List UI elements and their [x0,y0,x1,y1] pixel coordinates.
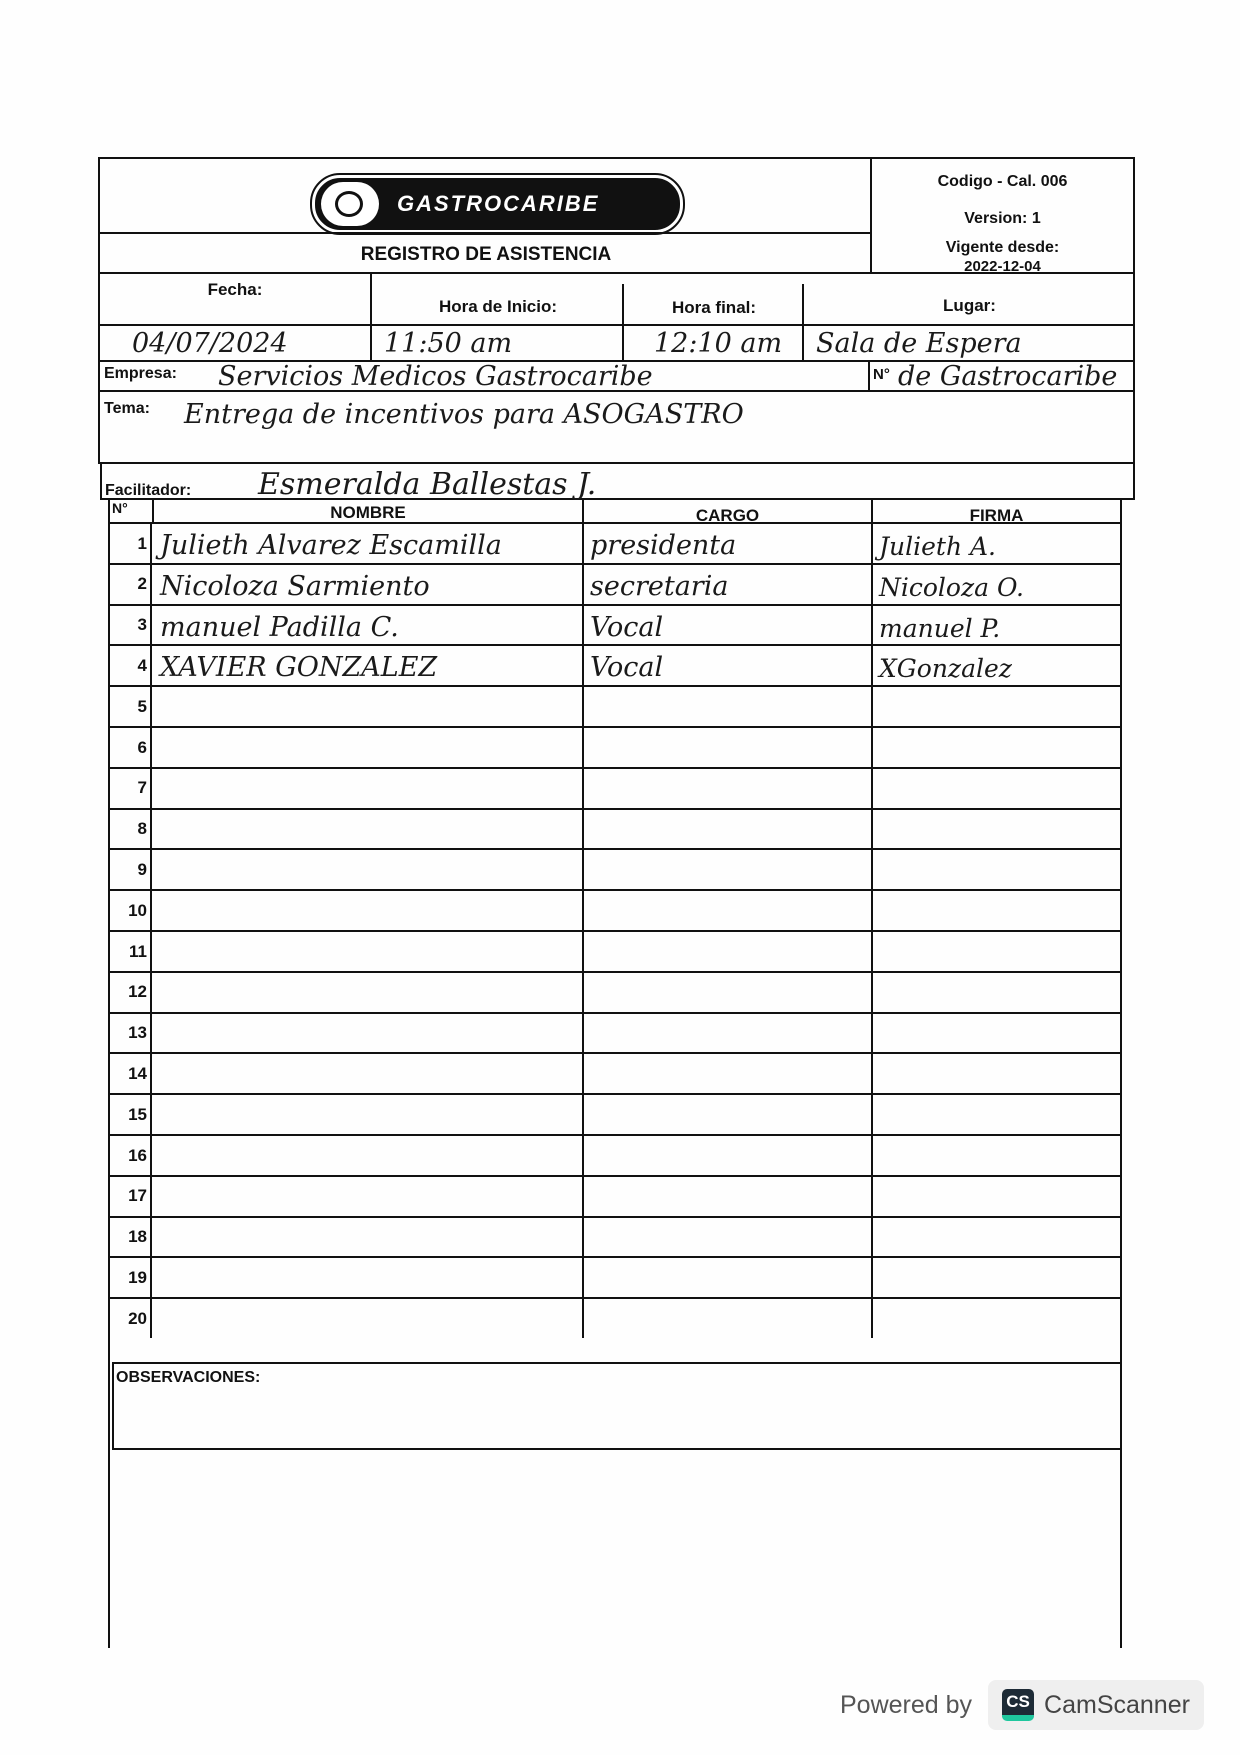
fecha-value: 04/07/2024 [132,328,288,359]
nombre-cell[interactable] [154,1095,584,1134]
cargo-cell[interactable] [584,769,873,808]
firma-cell[interactable] [873,891,1120,930]
table-row: 4XAVIER GONZALEZVocalXGonzalez [110,644,1120,685]
facilitador-value: Esmeralda Ballestas J. [258,467,596,502]
firma-value: manuel P. [879,614,1000,643]
nombre-cell[interactable] [154,1054,584,1093]
facilitador-row [100,462,1135,500]
row-number: 17 [110,1177,152,1216]
cargo-cell[interactable] [584,687,873,726]
table-row: 10 [110,889,1120,930]
nombre-cell[interactable]: XAVIER GONZALEZ [154,646,584,685]
firma-cell[interactable] [873,810,1120,849]
table-row: 1Julieth Alvarez EscamillapresidentaJuli… [110,522,1120,563]
nombre-cell[interactable] [154,687,584,726]
table-row: 20 [110,1297,1120,1338]
table-header: N° NOMBRE CARGO FIRMA [110,498,1120,522]
firma-cell[interactable] [873,1299,1120,1338]
table-row: 15 [110,1093,1120,1134]
camscanner-badge: CS CamScanner [988,1680,1204,1730]
cargo-cell[interactable] [584,891,873,930]
cargo-value: Vocal [590,652,663,683]
cargo-cell[interactable]: Vocal [584,606,873,645]
row-number: 15 [110,1095,152,1134]
table-row: 17 [110,1175,1120,1216]
firma-cell[interactable] [873,687,1120,726]
table-row: 9 [110,848,1120,889]
row-number: 6 [110,728,152,767]
row-number: 1 [110,524,152,563]
row-number: 14 [110,1054,152,1093]
firma-cell[interactable]: Nicoloza O. [873,565,1120,604]
hora-final-value: 12:10 am [654,328,782,359]
firma-cell[interactable] [873,932,1120,971]
hora-inicio-value: 11:50 am [384,328,512,359]
cargo-cell[interactable] [584,1136,873,1175]
nombre-value: Nicoloza Sarmiento [160,571,430,602]
row-number: 20 [110,1299,152,1338]
table-row: 3manuel Padilla C.Vocalmanuel P. [110,604,1120,645]
firma-cell[interactable] [873,1014,1120,1053]
nombre-cell[interactable]: Nicoloza Sarmiento [154,565,584,604]
firma-cell[interactable]: Julieth A. [873,524,1120,563]
cargo-value: secretaria [590,571,728,602]
camscanner-icon: CS [1002,1689,1034,1721]
camscanner-brand: CamScanner [1044,1691,1190,1720]
tema-label: Tema: [104,400,150,418]
nombre-value: XAVIER GONZALEZ [160,652,437,683]
cargo-value: presidenta [590,530,736,561]
row-number: 13 [110,1014,152,1053]
nombre-cell[interactable] [154,1014,584,1053]
firma-cell[interactable] [873,769,1120,808]
table-row: 13 [110,1012,1120,1053]
table-row: 7 [110,767,1120,808]
firma-cell[interactable] [873,1258,1120,1297]
firma-cell[interactable] [873,1177,1120,1216]
nombre-cell[interactable] [154,1177,584,1216]
gastrocaribe-logo: GASTROCARIBE [312,175,683,233]
nombre-value: manuel Padilla C. [160,612,399,643]
tema-value: Entrega de incentivos para ASOGASTRO [184,399,744,430]
cargo-cell[interactable] [584,1218,873,1257]
numero-value: de Gastrocaribe [898,361,1117,392]
cargo-cell[interactable] [584,728,873,767]
nombre-value: Julieth Alvarez Escamilla [160,530,502,561]
logo-cell: GASTROCARIBE [98,157,872,234]
cargo-cell[interactable] [584,1095,873,1134]
lugar-value: Sala de Espera [816,328,1022,359]
hora-final-label: Hora final: [624,298,804,318]
table-row: 11 [110,930,1120,971]
firma-cell[interactable]: manuel P. [873,606,1120,645]
nombre-cell[interactable] [154,891,584,930]
firma-cell[interactable] [873,1218,1120,1257]
table-row: 2Nicoloza SarmientosecretariaNicoloza O. [110,563,1120,604]
firma-cell[interactable]: XGonzalez [873,646,1120,685]
nombre-cell[interactable] [154,1258,584,1297]
document-control-cell: Codigo - Cal. 006 Version: 1 Vigente des… [870,157,1135,274]
nombre-cell[interactable] [154,769,584,808]
table-row: 12 [110,971,1120,1012]
nombre-cell[interactable] [154,1299,584,1338]
powered-by-text: Powered by [840,1691,972,1720]
lugar-label: Lugar: [804,296,1135,316]
cargo-cell[interactable] [584,1299,873,1338]
hora-inicio-label: Hora de Inicio: [372,297,624,317]
table-row: 6 [110,726,1120,767]
row-number: 2 [110,565,152,604]
version: Version: 1 [872,210,1133,228]
row-number: 12 [110,973,152,1012]
row-number: 9 [110,850,152,889]
table-row: 16 [110,1134,1120,1175]
camscanner-watermark: Powered by CS CamScanner [840,1680,1204,1730]
row-number: 3 [110,606,152,645]
firma-cell[interactable] [873,850,1120,889]
col-num-header: N° [112,500,128,516]
firma-cell[interactable] [873,1136,1120,1175]
nombre-cell[interactable] [154,810,584,849]
row-number: 7 [110,769,152,808]
table-row: 5 [110,685,1120,726]
nombre-cell[interactable] [154,1218,584,1257]
form-title: REGISTRO DE ASISTENCIA [98,232,872,274]
row-number: 4 [110,646,152,685]
nombre-cell[interactable] [154,1136,584,1175]
col-nombre-header: NOMBRE [154,503,582,523]
nombre-cell[interactable] [154,932,584,971]
cargo-cell[interactable] [584,850,873,889]
empresa-label: Empresa: [104,365,177,383]
attendance-table: N° NOMBRE CARGO FIRMA 1Julieth Alvarez E… [108,498,1122,1648]
row-number: 5 [110,687,152,726]
brand-name: GASTROCARIBE [397,191,599,217]
firma-cell[interactable] [873,973,1120,1012]
codigo: Codigo - Cal. 006 [872,173,1133,191]
nombre-cell[interactable]: Julieth Alvarez Escamilla [154,524,584,563]
row-number: 16 [110,1136,152,1175]
cargo-value: Vocal [590,612,663,643]
cargo-cell[interactable]: secretaria [584,565,873,604]
cargo-cell[interactable]: presidenta [584,524,873,563]
numero-label: N° [873,366,890,383]
logo-mascot-icon [321,182,379,226]
nombre-cell[interactable] [154,850,584,889]
table-row: 19 [110,1256,1120,1297]
table-row: 8 [110,808,1120,849]
firma-cell[interactable] [873,1095,1120,1134]
firma-cell[interactable] [873,1054,1120,1093]
firma-value: Nicoloza O. [879,573,1024,602]
cargo-cell[interactable] [584,973,873,1012]
cargo-cell[interactable]: Vocal [584,646,873,685]
fecha-label: Fecha: [98,280,372,300]
table-row: 18 [110,1216,1120,1257]
cargo-cell[interactable] [584,1177,873,1216]
firma-value: XGonzalez [879,654,1012,683]
cargo-cell[interactable] [584,1258,873,1297]
observaciones-box: OBSERVACIONES: [112,1362,1122,1450]
cargo-cell[interactable] [584,810,873,849]
row-number: 8 [110,810,152,849]
row-number: 11 [110,932,152,971]
row-number: 10 [110,891,152,930]
cargo-cell[interactable] [584,932,873,971]
nombre-cell[interactable] [154,973,584,1012]
cargo-cell[interactable] [584,1014,873,1053]
row-number: 19 [110,1258,152,1297]
cargo-cell[interactable] [584,1054,873,1093]
row-number: 18 [110,1218,152,1257]
table-row: 14 [110,1052,1120,1093]
firma-value: Julieth A. [879,532,996,561]
firma-cell[interactable] [873,728,1120,767]
nombre-cell[interactable] [154,728,584,767]
observaciones-label: OBSERVACIONES: [116,1369,260,1387]
vigente-label: Vigente desde: [872,239,1133,257]
nombre-cell[interactable]: manuel Padilla C. [154,606,584,645]
empresa-value: Servicios Medicos Gastrocaribe [218,361,653,392]
